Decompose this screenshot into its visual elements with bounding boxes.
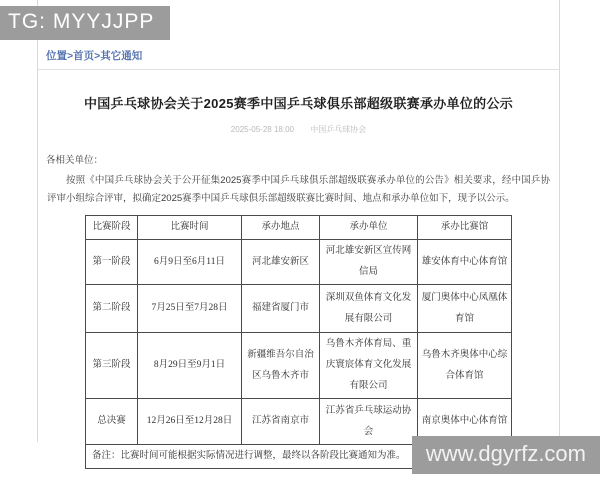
cell-location: 江苏省南京市 bbox=[242, 399, 320, 445]
publish-date: 2025-05-28 18:00 bbox=[231, 125, 294, 134]
cell-venue: 雄安体育中心体育馆 bbox=[418, 240, 512, 285]
cell-venue: 厦门奥体中心凤凰体育馆 bbox=[418, 285, 512, 333]
breadcrumb-trail-link[interactable]: 位置>首页>其它通知 bbox=[46, 50, 142, 62]
cell-time: 12月26日至12月28日 bbox=[138, 399, 242, 445]
cell-stage: 第二阶段 bbox=[86, 285, 138, 333]
cell-stage: 第三阶段 bbox=[86, 333, 138, 399]
site-watermark: www.dgyrfz.com bbox=[412, 436, 600, 474]
telegram-watermark: TG: MYYJJPP bbox=[0, 6, 170, 40]
cell-time: 8月29日至9月1日 bbox=[138, 333, 242, 399]
cell-location: 新疆维吾尔自治区乌鲁木齐市 bbox=[242, 333, 320, 399]
cell-time: 6月9日至6月11日 bbox=[138, 240, 242, 285]
cell-organizer: 河北雄安新区宣传网信局 bbox=[320, 240, 418, 285]
article-meta: 2025-05-28 18:00 中国乒乓球协会 bbox=[38, 124, 559, 135]
header-time: 比赛时间 bbox=[138, 216, 242, 240]
salutation: 各相关单位： bbox=[38, 152, 559, 166]
cell-time: 7月25日至7月28日 bbox=[138, 285, 242, 333]
cell-organizer: 深圳双鱼体育文化发展有限公司 bbox=[320, 285, 418, 333]
page: { "watermarks": { "top": "TG: MYYJJPP", … bbox=[0, 0, 600, 480]
cell-venue: 乌鲁木齐奥体中心综合体育馆 bbox=[418, 333, 512, 399]
header-organizer: 承办单位 bbox=[320, 216, 418, 240]
table-row: 第三阶段 8月29日至9月1日 新疆维吾尔自治区乌鲁木齐市 乌鲁木齐体育局、重庆… bbox=[86, 333, 512, 399]
page-title: 中国乒乓球协会关于2025赛季中国乒乓球俱乐部超级联赛承办单位的公示 bbox=[38, 93, 559, 112]
cell-location: 福建省厦门市 bbox=[242, 285, 320, 333]
cell-stage: 总决赛 bbox=[86, 399, 138, 445]
table-row: 第二阶段 7月25日至7月28日 福建省厦门市 深圳双鱼体育文化发展有限公司 厦… bbox=[86, 285, 512, 333]
header-stage: 比赛阶段 bbox=[86, 216, 138, 240]
cell-organizer: 乌鲁木齐体育局、重庆寰宸体育文化发展有限公司 bbox=[320, 333, 418, 399]
body-paragraph: 按照《中国乒乓球协会关于公开征集2025赛季中国乒乓球俱乐部超级联赛承办单位的公… bbox=[38, 172, 559, 208]
cell-location: 河北雄安新区 bbox=[242, 240, 320, 285]
cell-organizer: 江苏省乒乓球运动协会 bbox=[320, 399, 418, 445]
schedule-table: 比赛阶段 比赛时间 承办地点 承办单位 承办比赛馆 第一阶段 6月9日至6月11… bbox=[85, 215, 512, 469]
table-row: 第一阶段 6月9日至6月11日 河北雄安新区 河北雄安新区宣传网信局 雄安体育中… bbox=[86, 240, 512, 285]
content-panel: 位置>首页>其它通知 中国乒乓球协会关于2025赛季中国乒乓球俱乐部超级联赛承办… bbox=[37, 0, 560, 442]
publish-source: 中国乒乓球协会 bbox=[310, 125, 366, 134]
header-venue: 承办比赛馆 bbox=[418, 216, 512, 240]
header-location: 承办地点 bbox=[242, 216, 320, 240]
cell-stage: 第一阶段 bbox=[86, 240, 138, 285]
table-header-row: 比赛阶段 比赛时间 承办地点 承办单位 承办比赛馆 bbox=[86, 216, 512, 240]
